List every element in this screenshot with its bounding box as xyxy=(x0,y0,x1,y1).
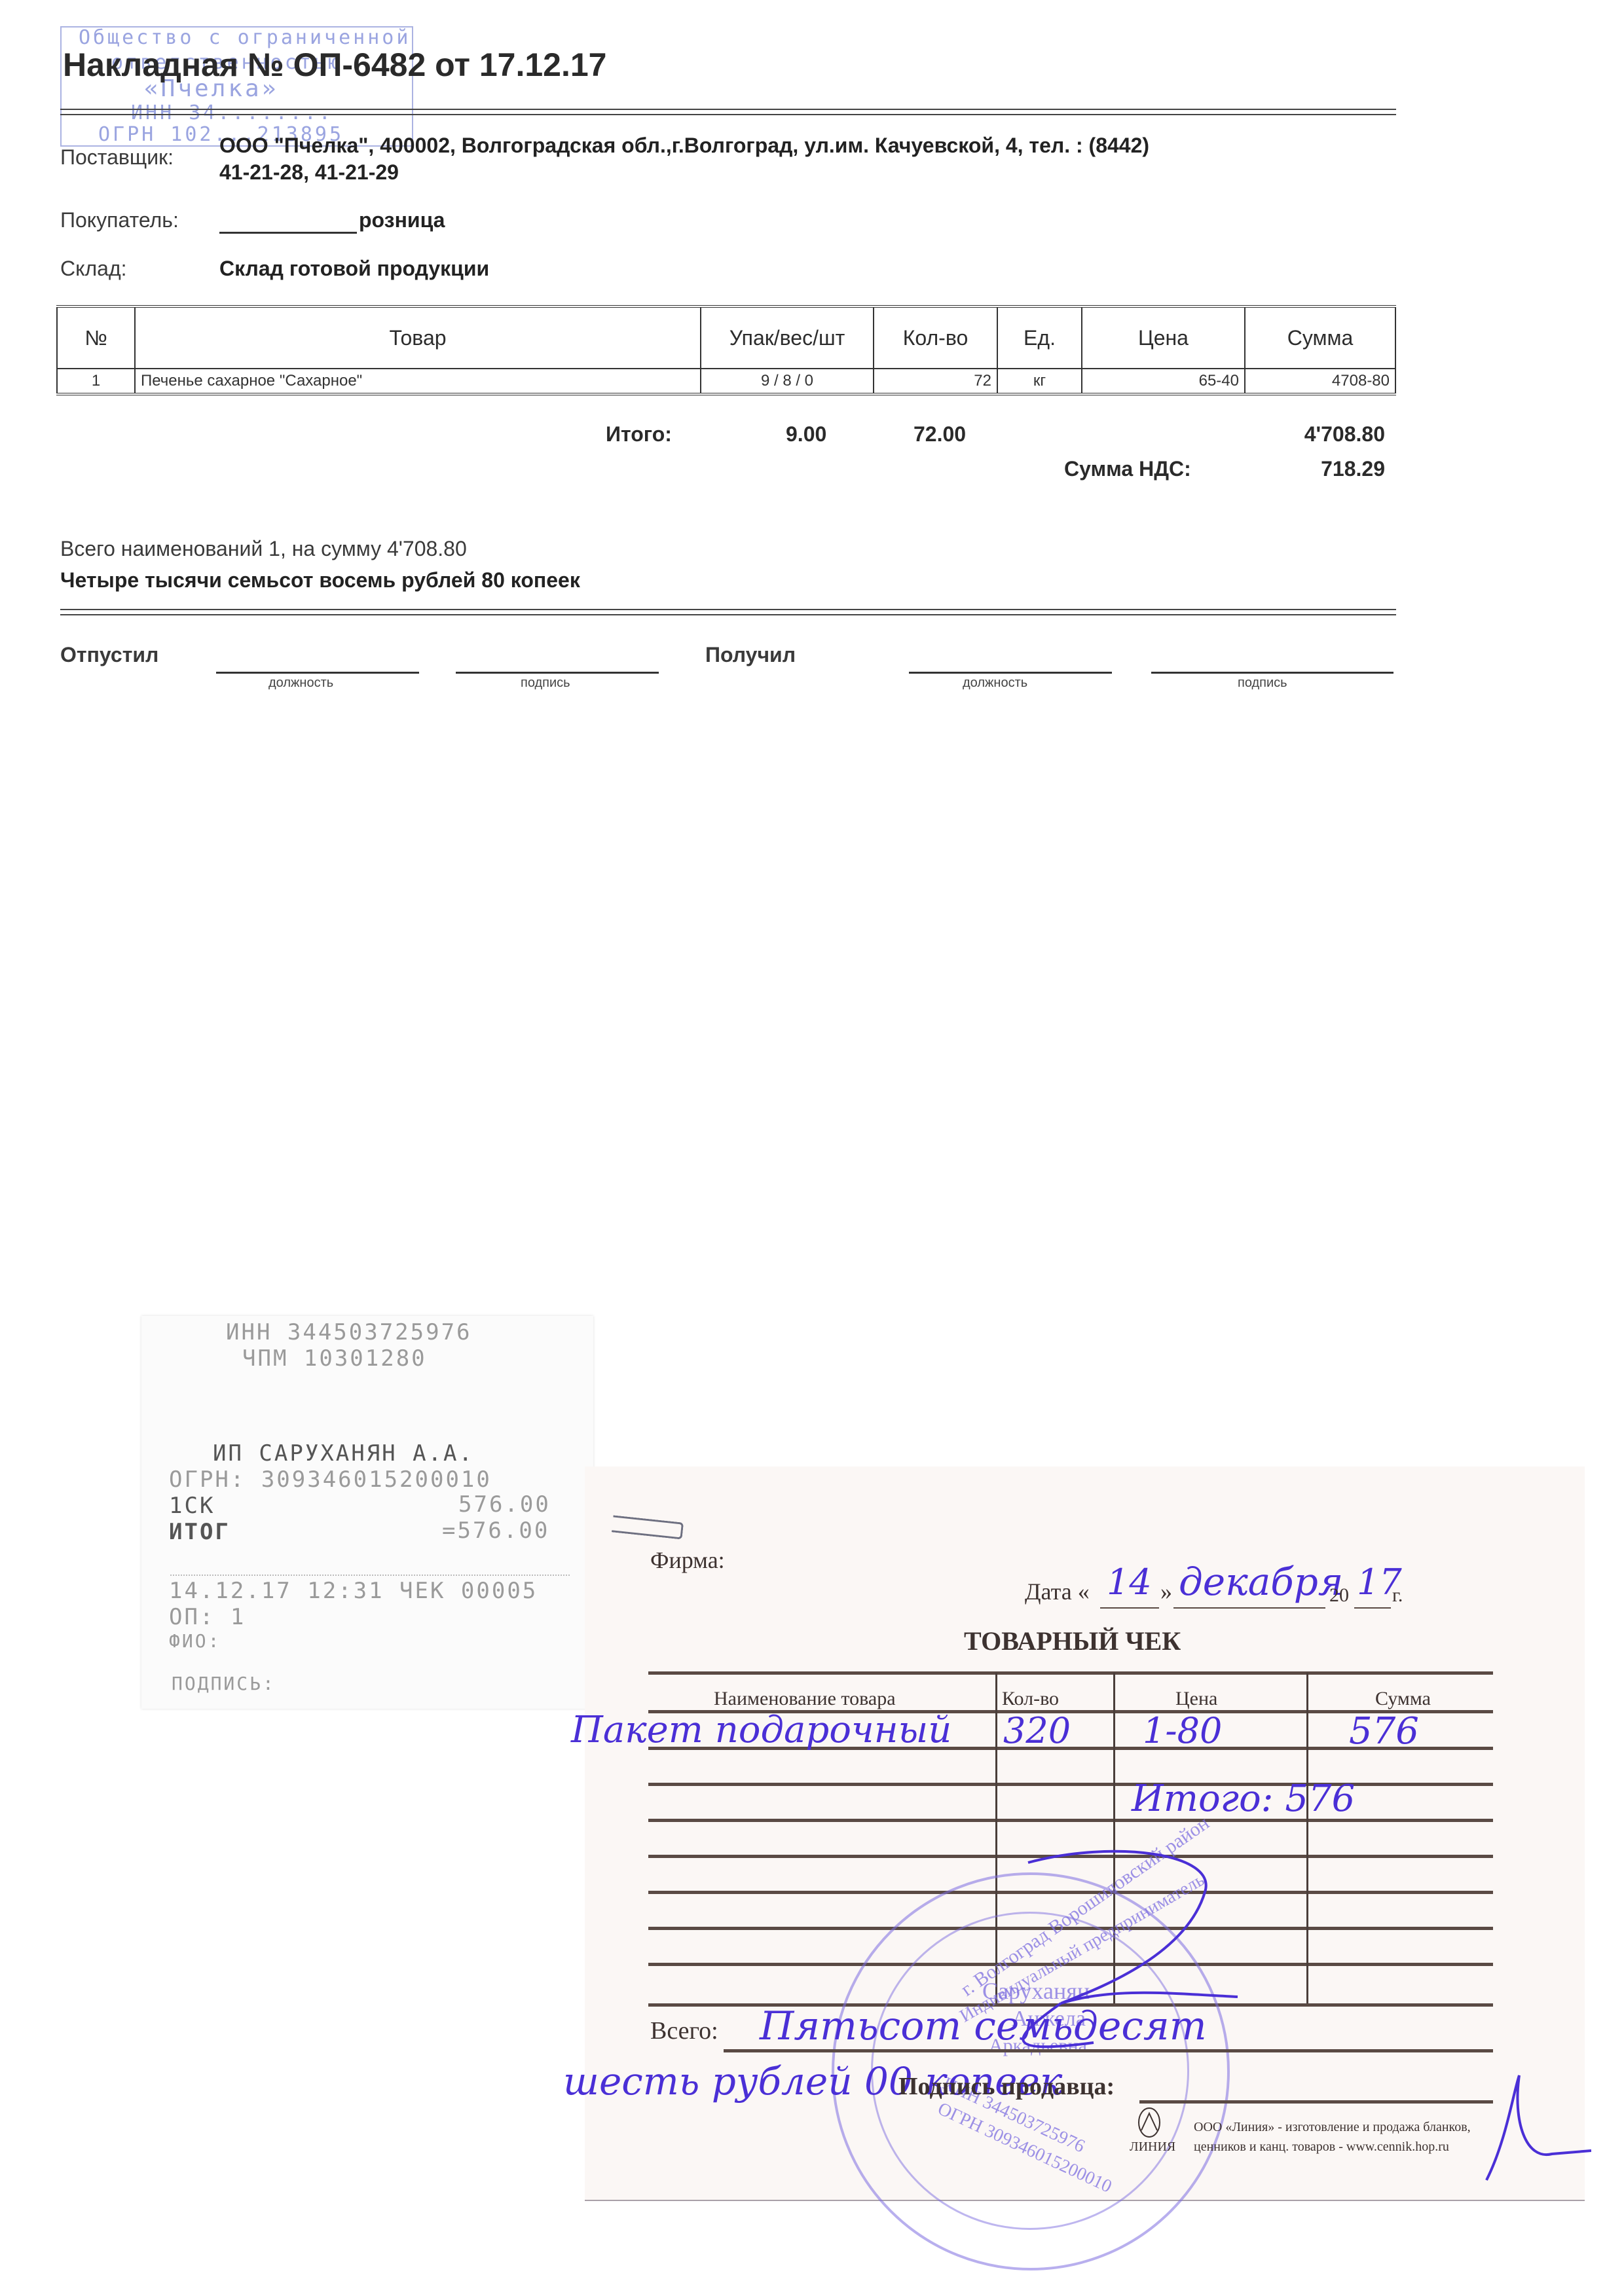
handwritten-item-name[interactable]: Пакет подарочный xyxy=(571,1709,951,1751)
invoice-items-table: № Товар Упак/вес/шт Кол-во Ед. Цена Сумм… xyxy=(56,305,1396,395)
col-qty: Кол-во xyxy=(874,306,997,369)
sales-receipt-title: ТОВАРНЫЙ ЧЕК xyxy=(964,1626,1181,1656)
received-by-label: Получил xyxy=(705,643,796,667)
total-label: Итого: xyxy=(606,422,672,446)
divider xyxy=(60,109,1396,115)
col-pack: Упак/вес/шт xyxy=(701,306,874,369)
handwritten-item-price[interactable]: 1-80 xyxy=(1143,1710,1222,1751)
receipt-datetime: 14.12.17 12:31 ЧЕК 00005 xyxy=(169,1578,538,1604)
receipt-inn: ИНН 344503725976 xyxy=(226,1319,472,1345)
receipt-signature-label: ПОДПИСЬ: xyxy=(172,1673,276,1694)
col-qty: Кол-во xyxy=(1002,1688,1059,1710)
col-unit: Ед. xyxy=(997,306,1082,369)
cell-pack: 9 / 8 / 0 xyxy=(701,369,874,394)
warehouse-value: Склад готовой продукции xyxy=(219,257,489,281)
signature-caption: подпись xyxy=(521,676,570,691)
position-caption: должность xyxy=(268,676,333,691)
table-row: 1 Печенье сахарное "Сахарное" 9 / 8 / 0 … xyxy=(57,369,1395,394)
date-month-handwritten[interactable]: декабря xyxy=(1179,1559,1343,1604)
buyer-value: розница xyxy=(359,208,445,232)
receipt-item-label: 1СК xyxy=(169,1493,215,1519)
col-product-name: Наименование товара xyxy=(714,1688,896,1710)
released-position-line[interactable] xyxy=(216,672,419,674)
buyer-label: Покупатель: xyxy=(60,208,179,232)
row-rule xyxy=(648,1819,1493,1822)
date-century: 20 xyxy=(1329,1584,1349,1607)
cell-unit: кг xyxy=(997,369,1082,394)
total-sum: 4'708.80 xyxy=(1304,422,1385,446)
supplier-phones: 41-21-28, 41-21-29 xyxy=(219,160,399,185)
summary-in-words: Четыре тысячи семьсот восемь рублей 80 к… xyxy=(60,568,580,592)
position-caption: должность xyxy=(963,676,1027,691)
signature-caption: подпись xyxy=(1238,676,1287,691)
handwritten-total[interactable]: Итого: 576 xyxy=(1132,1777,1355,1820)
date-day-handwritten[interactable]: 14 xyxy=(1107,1561,1152,1603)
receipt-total-label: ИТОГ xyxy=(169,1519,231,1545)
col-price: Цена xyxy=(1175,1688,1217,1710)
handwritten-item-qty[interactable]: 320 xyxy=(1003,1710,1071,1751)
table-top-rule xyxy=(648,1671,1493,1675)
date-day-line xyxy=(1100,1607,1159,1609)
linia-logo-icon xyxy=(1136,2107,1162,2140)
received-signature-line[interactable] xyxy=(1151,672,1393,674)
row-rule xyxy=(648,1783,1493,1786)
handwritten-total-words-1[interactable]: Пятьсот семьдесят xyxy=(760,2003,1207,2049)
printer-imprint-line1: ООО «Линия» - изготовление и продажа бла… xyxy=(1194,2120,1471,2135)
col-number: № xyxy=(57,306,135,369)
date-label: Дата « xyxy=(1025,1578,1090,1605)
receipt-item-value: 576.00 xyxy=(458,1491,551,1518)
receipt-separator xyxy=(170,1575,570,1576)
date-year-line xyxy=(1354,1607,1391,1609)
total-words-line xyxy=(724,2049,1493,2052)
printer-imprint-line2: ценников и канц. товаров - www.cennik.ho… xyxy=(1194,2140,1449,2155)
receipt-total-value: =576.00 xyxy=(442,1518,549,1544)
receipt-seller: ИП САРУХАНЯН А.А. xyxy=(213,1440,474,1467)
col-price: Цена xyxy=(1082,306,1245,369)
seller-signature-line[interactable] xyxy=(1139,2100,1493,2104)
col-sum: Сумма xyxy=(1245,306,1395,369)
supplier-address: ООО "Пчелка", 400002, Волгоградская обл.… xyxy=(219,134,1149,158)
receipt-ogrn: ОГРН: 309346015200010 xyxy=(169,1467,492,1493)
date-month-line xyxy=(1173,1607,1325,1609)
summary-count: Всего наименований 1, на сумму 4'708.80 xyxy=(60,537,467,561)
handwritten-item-sum[interactable]: 576 xyxy=(1349,1710,1419,1753)
released-by-label: Отпустил xyxy=(60,643,158,667)
table-header-row: № Товар Упак/вес/шт Кол-во Ед. Цена Сумм… xyxy=(57,306,1395,369)
firm-label: Фирма: xyxy=(650,1546,725,1574)
linia-logo-text: ЛИНИЯ xyxy=(1130,2140,1175,2155)
total-pack: 9.00 xyxy=(786,422,826,446)
total-qty: 72.00 xyxy=(913,422,966,446)
cell-sum: 4708-80 xyxy=(1245,369,1395,394)
buyer-blank-line xyxy=(219,232,357,234)
received-position-line[interactable] xyxy=(909,672,1112,674)
vat-value: 718.29 xyxy=(1321,457,1385,481)
warehouse-label: Склад: xyxy=(60,257,127,281)
divider xyxy=(60,609,1396,615)
vat-label: Сумма НДС: xyxy=(1064,457,1191,481)
receipt-operator: ОП: 1 xyxy=(169,1604,246,1630)
invoice-title: Накладная № ОП-6482 от 17.12.17 xyxy=(63,46,606,84)
seller-signature-label: Подпись продавца: xyxy=(898,2072,1115,2101)
date-suffix: г. xyxy=(1392,1584,1403,1607)
col-item: Товар xyxy=(135,306,701,369)
cell-item: Печенье сахарное "Сахарное" xyxy=(135,369,701,394)
date-close-quote: » xyxy=(1160,1578,1172,1605)
cell-number: 1 xyxy=(57,369,135,394)
total-words-label: Всего: xyxy=(650,2016,718,2045)
receipt-serial: ЧПМ 10301280 xyxy=(242,1345,427,1372)
cell-price: 65-40 xyxy=(1082,369,1245,394)
released-signature-line[interactable] xyxy=(456,672,659,674)
receipt-fio: ФИО: xyxy=(169,1630,221,1652)
supplier-label: Поставщик: xyxy=(60,145,174,170)
cell-qty: 72 xyxy=(874,369,997,394)
col-sum: Сумма xyxy=(1375,1688,1431,1710)
